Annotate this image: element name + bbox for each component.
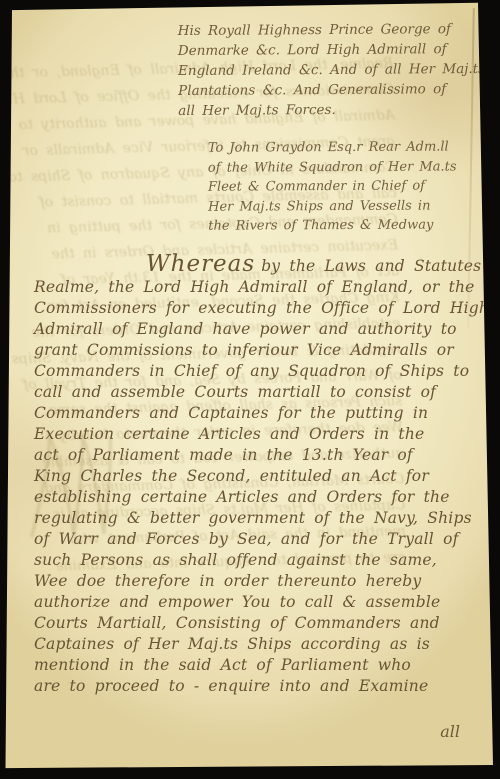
catchword: all <box>440 722 460 741</box>
body-line: Admirall of England have power and autho… <box>34 319 474 340</box>
body-line: Courts Martiall, Consisting of Commander… <box>34 613 474 634</box>
body-line: by the Laws and Statutes of this <box>261 257 500 275</box>
body-line: act of Parliament made in the 13.th Year… <box>34 445 474 466</box>
body-line: such Persons as shall offend against the… <box>34 550 474 571</box>
photo-background: Realme, the Lord High Admirall of Englan… <box>0 0 500 779</box>
body-lines: Realme, the Lord High Admirall of Englan… <box>34 277 474 697</box>
manuscript-page: Realme, the Lord High Admirall of Englan… <box>0 0 500 779</box>
address-line: To John Graydon Esq.r Rear Adm.ll <box>208 137 478 158</box>
body-line: regulating & better government of the Na… <box>34 508 474 529</box>
body-line: of Warr and Forces by Sea, and for the T… <box>34 529 474 550</box>
heading-line: all Her Maj.ts Forces. <box>178 99 478 121</box>
body-line: Realme, the Lord High Admirall of Englan… <box>34 277 474 298</box>
body-line: Execution certaine Articles and Orders i… <box>34 424 474 445</box>
body-line: establishing certaine Articles and Order… <box>34 487 474 508</box>
address-line: the Rivers of Thames & Medway <box>208 215 478 236</box>
body-line: Wee doe therefore in order thereunto her… <box>34 571 474 592</box>
body-line: Captaines of Her Maj.ts Ships according … <box>34 634 474 655</box>
document-heading: His Royall Highness Prince George ofDenm… <box>178 19 479 121</box>
body-line: are to proceed to - enquire into and Exa… <box>34 676 474 697</box>
body-line: call and assemble Courts martiall to con… <box>34 382 474 403</box>
body-line: Commanders in Chief of any Squadron of S… <box>34 361 474 382</box>
heading-line: Denmarke &c. Lord High Admirall of <box>178 39 478 61</box>
address-block: To John Graydon Esq.r Rear Adm.llof the … <box>208 137 479 236</box>
heading-line: Plantations &c. And Generalissimo of <box>178 79 478 101</box>
body-line: mentiond in the said Act of Parliament w… <box>34 655 474 676</box>
body-line: grant Commissions to inferiour Vice Admi… <box>34 340 474 361</box>
body-line: authorize and empower You to call & asse… <box>34 592 474 613</box>
address-line: Fleet & Commander in Chief of <box>208 176 478 197</box>
opening-word: Whereas <box>146 251 255 277</box>
body-first-line: Whereasby the Laws and Statutes of this <box>34 254 474 277</box>
address-line: Her Maj.ts Ships and Vessells in <box>208 196 478 217</box>
heading-line: England Ireland &c. And of all Her Maj.t… <box>178 59 478 81</box>
body-line: Commissioners for executing the Office o… <box>34 298 474 319</box>
body-line: Commanders and Captaines for the putting… <box>34 403 474 424</box>
body-line: King Charles the Second, entituled an Ac… <box>34 466 474 487</box>
body-paragraph: Whereasby the Laws and Statutes of this … <box>34 254 474 697</box>
address-line: of the White Squadron of Her Ma.ts <box>208 157 478 178</box>
heading-line: His Royall Highness Prince George of <box>178 19 478 41</box>
